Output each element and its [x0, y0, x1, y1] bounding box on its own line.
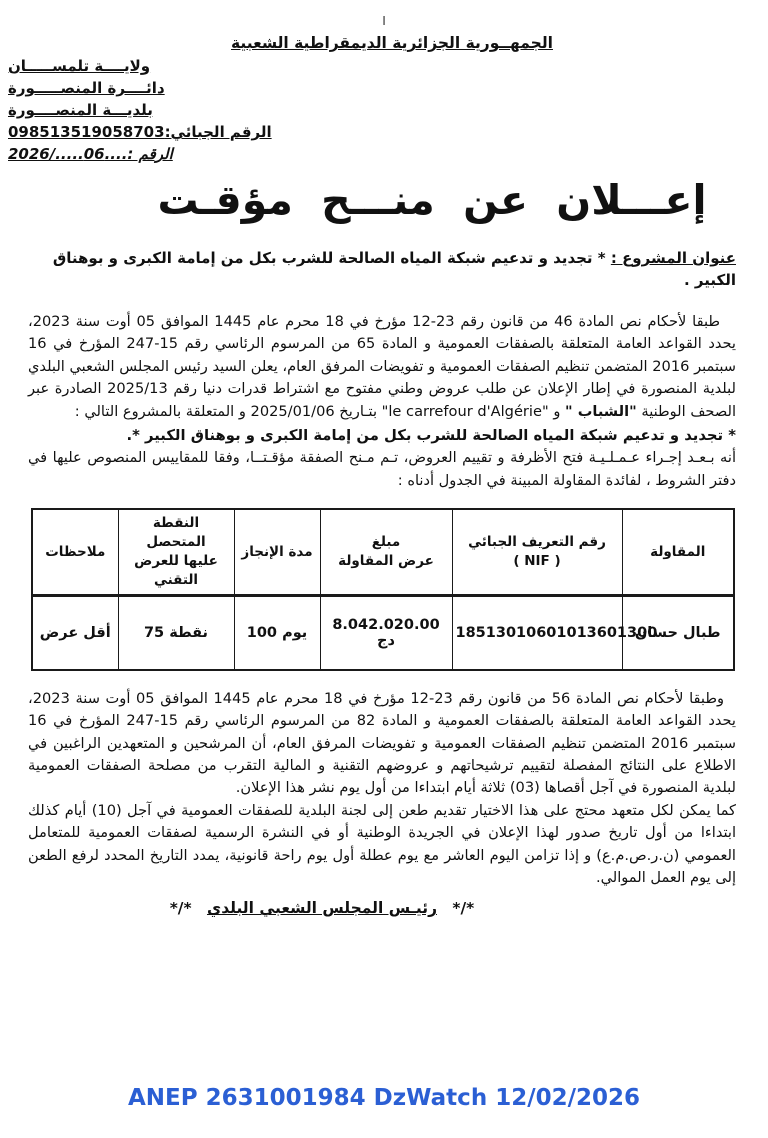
signature-mark-left: */* — [170, 899, 192, 917]
cell-amount: 8.042.020.00 دج — [320, 596, 452, 670]
header-contractor-line1: المقاولة — [626, 543, 731, 562]
announcement-title: إعـــلان عن منـــح مؤقـت — [48, 173, 768, 227]
header-duration: مدة الإنجاز — [234, 509, 320, 596]
project-subtitle: * تجديد و تدعيم شبكة المياه الصالحة للشر… — [28, 425, 736, 447]
tax-id-line: الرقم الجبائي:098513519058703 — [8, 121, 760, 143]
newspaper-name-bold: "الشباب " — [565, 403, 637, 420]
anep-footer: ANEP 2631001984 DzWatch 12/02/2026 — [0, 1085, 768, 1111]
table-header-row: المقاولة رقم التعريف الجبائي ( NIF ) مبل… — [32, 509, 734, 596]
signature-mark-right: */* — [452, 899, 474, 917]
cell-duration: 100 يوم — [234, 596, 320, 670]
header-nif-line1: رقم التعريف الجبائي — [456, 533, 619, 552]
project-title-line: عنوان المشروع : * تجديد و تدعيم شبكة الم… — [28, 247, 736, 291]
authority-header: ولايــــة تلمســـــان دائــــرة المنصـــ… — [8, 55, 760, 165]
cell-note: أقل عرض — [32, 596, 118, 670]
award-statement: أنه بـعـد إجـراء عـمـلـيـة فتح الأظرفة و… — [28, 447, 736, 492]
reference-number-line: الرقم :....06...../2026 — [8, 143, 760, 165]
page-number-mark: ا — [0, 14, 768, 30]
table-row: طبال حسان 18513010601013601300 8.042.020… — [32, 596, 734, 670]
header-notes-line1: ملاحظات — [36, 543, 115, 562]
header-notes: ملاحظات — [32, 509, 118, 596]
appeal-paragraph-1: وطبقا لأحكام نص المادة 56 من قانون رقم 2… — [28, 688, 736, 800]
cell-score: 75 نقطة — [118, 596, 234, 670]
cell-nif: 18513010601013601300 — [452, 596, 622, 670]
announcement-page: ا الجمهــورية الجزائرية الديمقراطية الشع… — [0, 0, 768, 1138]
commune-line: بلديـــة المنصــــورة — [8, 99, 760, 121]
republic-title: الجمهــورية الجزائرية الديمقراطية الشعبي… — [8, 34, 768, 52]
results-table: المقاولة رقم التعريف الجبائي ( NIF ) مبل… — [31, 508, 735, 671]
intro-text-after: و "le carrefour d'Algérie" بتـاريخ 2025/… — [75, 403, 565, 420]
appeal-paragraph-2: كما يمكن لكل متعهد محتج على هذا الاختيار… — [28, 800, 736, 890]
header-amount-line2: عرض المقاولة — [324, 552, 449, 571]
signature-title: رئيـس المجلس الشعبي البلدي — [207, 899, 437, 917]
project-label: عنوان المشروع : — [611, 249, 736, 267]
header-nif: رقم التعريف الجبائي ( NIF ) — [452, 509, 622, 596]
header-contractor: المقاولة — [622, 509, 734, 596]
signature-line: */* رئيـس المجلس الشعبي البلدي */* — [0, 899, 706, 917]
daira-line: دائــــرة المنصـــــورة — [8, 77, 760, 99]
header-amount-line1: مبلغ — [324, 533, 449, 552]
header-nif-line2: ( NIF ) — [456, 552, 619, 571]
header-score-line2: عليها للعرض التقني — [122, 552, 231, 590]
header-score-line1: النقطة المتحصل — [122, 514, 231, 552]
header-amount: مبلغ عرض المقاولة — [320, 509, 452, 596]
header-duration-line1: مدة الإنجاز — [238, 543, 317, 562]
intro-paragraph: طبقا لأحكام نص المادة 46 من قانون رقم 23… — [28, 311, 736, 423]
wilaya-line: ولايــــة تلمســـــان — [8, 55, 760, 77]
header-score: النقطة المتحصل عليها للعرض التقني — [118, 509, 234, 596]
